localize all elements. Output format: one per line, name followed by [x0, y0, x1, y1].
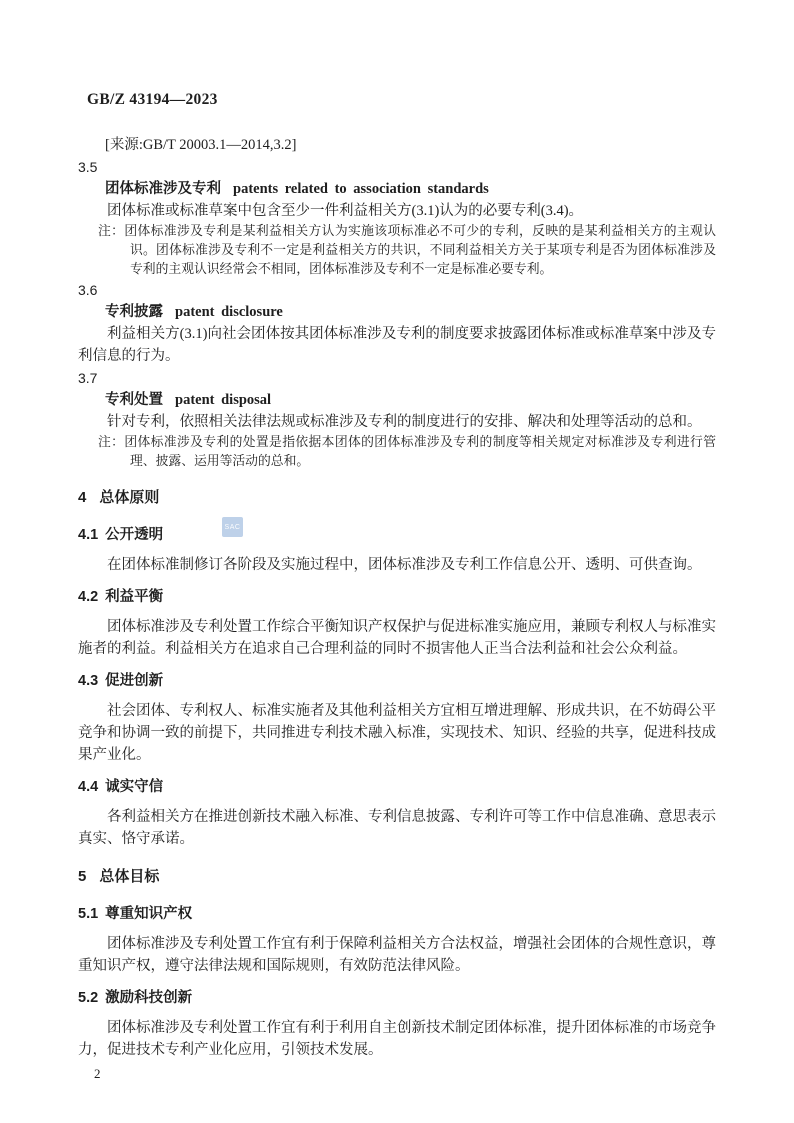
clause-number-3-6: 3.6 [78, 279, 716, 301]
subsection-heading-4-1: 4.1公开透明 [78, 524, 716, 546]
subsection-heading-5-1: 5.1尊重知识产权 [78, 903, 716, 925]
term-entry-3-7: 专利处置patent disposal [78, 389, 716, 411]
term-note: 注：团体标准涉及专利的处置是指依据本团体的团体标准涉及专利的制度等相关规定对标准… [130, 433, 716, 471]
subsection-body: 团体标准涉及专利处置工作宜有利于保障利益相关方合法权益，增强社会团体的合规性意识… [78, 933, 716, 977]
subsection-title: 尊重知识产权 [105, 906, 192, 922]
term-zh: 专利处置 [105, 392, 163, 408]
term-source-line: [来源:GB/T 20003.1—2014,3.2] [78, 134, 716, 156]
subsection-title: 诚实守信 [105, 779, 163, 795]
subsection-title: 公开透明 [105, 527, 163, 543]
subsection-number: 4.2 [78, 589, 98, 605]
subsection-heading-4-4: 4.4诚实守信 [78, 776, 716, 798]
subsection-body: 各利益相关方在推进创新技术融入标准、专利信息披露、专利许可等工作中信息准确、意思… [78, 806, 716, 850]
term-en: patent disclosure [175, 304, 283, 320]
term-en: patent disposal [175, 392, 271, 408]
subsection-title: 激励科技创新 [105, 990, 192, 1006]
document-page: GB/Z 43194—2023 [来源:GB/T 20003.1—2014,3.… [0, 0, 794, 1123]
term-entry-3-5: 团体标准涉及专利patents related to association s… [78, 178, 716, 200]
subsection-body: 在团体标准制修订各阶段及实施过程中，团体标准涉及专利工作信息公开、透明、可供查询… [78, 554, 716, 576]
term-definition: 利益相关方(3.1)向社会团体按其团体标准涉及专利的制度要求披露团体标准或标准草… [78, 323, 716, 367]
clause-number-3-5: 3.5 [78, 156, 716, 178]
subsection-heading-4-2: 4.2利益平衡 [78, 586, 716, 608]
term-definition: 针对专利，依照相关法律法规或标准涉及专利的制度进行的安排、解决和处理等活动的总和… [78, 411, 716, 433]
page-number: 2 [94, 1063, 716, 1085]
subsection-number: 5.1 [78, 906, 98, 922]
subsection-heading-4-3: 4.3促进创新 [78, 670, 716, 692]
term-zh: 团体标准涉及专利 [105, 181, 221, 197]
section-number: 5 [78, 868, 86, 885]
term-definition: 团体标准或标准草案中包含至少一件利益相关方(3.1)认为的必要专利(3.4)。 [78, 200, 716, 222]
term-zh: 专利披露 [105, 304, 163, 320]
subsection-title: 促进创新 [105, 673, 163, 689]
section-title: 总体目标 [99, 868, 159, 885]
subsection-number: 4.3 [78, 673, 98, 689]
subsection-number: 5.2 [78, 990, 98, 1006]
subsection-body: 团体标准涉及专利处置工作宜有利于利用自主创新技术制定团体标准，提升团体标准的市场… [78, 1017, 716, 1061]
subsection-number: 4.1 [78, 527, 98, 543]
term-note: 注：团体标准涉及专利是某利益相关方认为实施该项标准必不可少的专利，反映的是某利益… [130, 222, 716, 279]
section-number: 4 [78, 489, 86, 506]
section-heading-5: 5总体目标 [78, 866, 716, 888]
clause-number-3-7: 3.7 [78, 367, 716, 389]
term-entry-3-6: 专利披露patent disclosure [78, 301, 716, 323]
section-heading-4: 4总体原则 [78, 487, 716, 509]
subsection-number: 4.4 [78, 779, 98, 795]
section-title: 总体原则 [99, 489, 159, 506]
standard-code-header: GB/Z 43194—2023 [87, 89, 716, 111]
subsection-heading-5-2: 5.2激励科技创新 [78, 987, 716, 1009]
term-en: patents related to association standards [233, 181, 489, 197]
subsection-title: 利益平衡 [105, 589, 163, 605]
subsection-body: 社会团体、专利权人、标准实施者及其他利益相关方宜相互增进理解、形成共识，在不妨碍… [78, 700, 716, 766]
subsection-body: 团体标准涉及专利处置工作综合平衡知识产权保护与促进标准实施应用，兼顾专利权人与标… [78, 616, 716, 660]
